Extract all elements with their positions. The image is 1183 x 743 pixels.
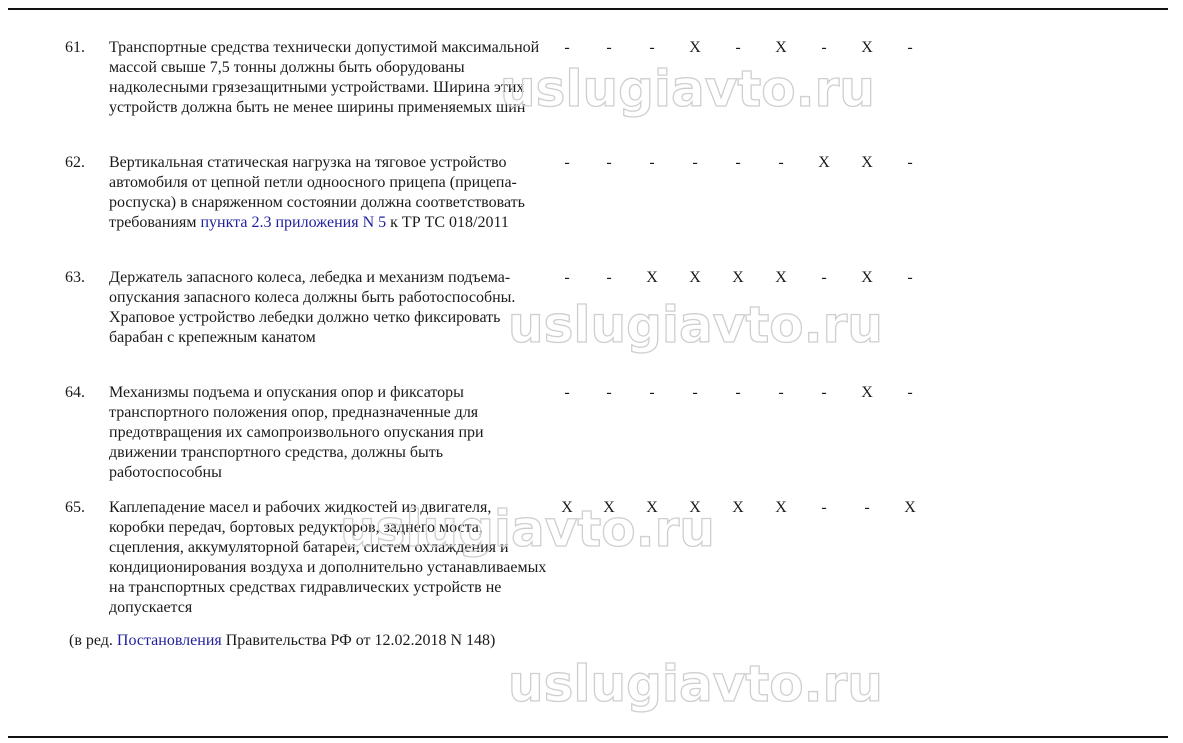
applicability-mark: X <box>771 268 791 288</box>
watermark-2: uslugiavto.ru <box>508 296 883 354</box>
applicability-mark: - <box>728 383 748 403</box>
applicability-mark: - <box>685 383 705 403</box>
row-number: 62. <box>65 153 85 173</box>
note-suffix: Правительства РФ от 12.02.2018 N 148) <box>222 632 496 649</box>
applicability-mark: - <box>728 153 748 173</box>
applicability-mark: - <box>814 498 834 518</box>
applicability-mark: - <box>900 383 920 403</box>
row-number: 65. <box>65 498 85 518</box>
applicability-mark: - <box>771 153 791 173</box>
applicability-mark: - <box>685 153 705 173</box>
row-number: 61. <box>65 38 85 58</box>
applicability-mark: - <box>900 268 920 288</box>
applicability-mark: - <box>814 38 834 58</box>
applicability-mark: X <box>857 153 877 173</box>
applicability-mark: - <box>599 153 619 173</box>
applicability-mark: - <box>771 383 791 403</box>
applicability-mark: - <box>642 38 662 58</box>
applicability-mark: - <box>599 383 619 403</box>
row-text: Вертикальная статическая нагрузка на тяг… <box>109 153 549 233</box>
amendment-note: (в ред. Постановления Правительства РФ о… <box>69 631 495 651</box>
applicability-mark: - <box>642 153 662 173</box>
row-number: 63. <box>65 268 85 288</box>
applicability-mark: X <box>685 38 705 58</box>
top-rule <box>8 8 1168 10</box>
applicability-mark: - <box>900 38 920 58</box>
applicability-mark: X <box>728 268 748 288</box>
applicability-mark: - <box>599 268 619 288</box>
applicability-mark: X <box>599 498 619 518</box>
applicability-mark: X <box>771 498 791 518</box>
reference-link[interactable]: пункта 2.3 приложения N 5 <box>200 214 386 231</box>
applicability-mark: X <box>685 268 705 288</box>
applicability-mark: - <box>557 383 577 403</box>
text-segment: Транспортные средства технически допусти… <box>109 39 539 116</box>
applicability-mark: - <box>814 383 834 403</box>
applicability-mark: - <box>814 268 834 288</box>
text-segment: Каплепадение масел и рабочих жидкостей и… <box>109 499 546 616</box>
watermark-1: uslugiavto.ru <box>500 60 875 118</box>
note-link[interactable]: Постановления <box>117 632 222 649</box>
row-text: Транспортные средства технически допусти… <box>109 38 549 118</box>
applicability-mark: X <box>728 498 748 518</box>
applicability-mark: - <box>557 153 577 173</box>
text-segment: Механизмы подъема и опускания опор и фик… <box>109 384 484 481</box>
row-number: 64. <box>65 383 85 403</box>
row-text: Держатель запасного колеса, лебедка и ме… <box>109 268 549 348</box>
text-segment: к ТР ТС 018/2011 <box>386 214 509 231</box>
applicability-mark: X <box>900 498 920 518</box>
note-prefix: (в ред. <box>69 632 117 649</box>
watermark-4: uslugiavto.ru <box>508 655 883 713</box>
text-segment: Держатель запасного колеса, лебедка и ме… <box>109 269 515 346</box>
applicability-mark: X <box>857 38 877 58</box>
applicability-mark: X <box>642 498 662 518</box>
applicability-mark: X <box>814 153 834 173</box>
applicability-mark: - <box>728 38 748 58</box>
row-text: Механизмы подъема и опускания опор и фик… <box>109 383 549 483</box>
applicability-mark: - <box>557 38 577 58</box>
applicability-mark: X <box>771 38 791 58</box>
applicability-mark: X <box>857 383 877 403</box>
applicability-mark: - <box>557 268 577 288</box>
applicability-mark: X <box>857 268 877 288</box>
applicability-mark: X <box>685 498 705 518</box>
applicability-mark: - <box>642 383 662 403</box>
applicability-mark: - <box>900 153 920 173</box>
applicability-mark: X <box>642 268 662 288</box>
applicability-mark: X <box>557 498 577 518</box>
bottom-rule <box>8 736 1168 738</box>
row-text: Каплепадение масел и рабочих жидкостей и… <box>109 498 549 618</box>
applicability-mark: - <box>857 498 877 518</box>
applicability-mark: - <box>599 38 619 58</box>
